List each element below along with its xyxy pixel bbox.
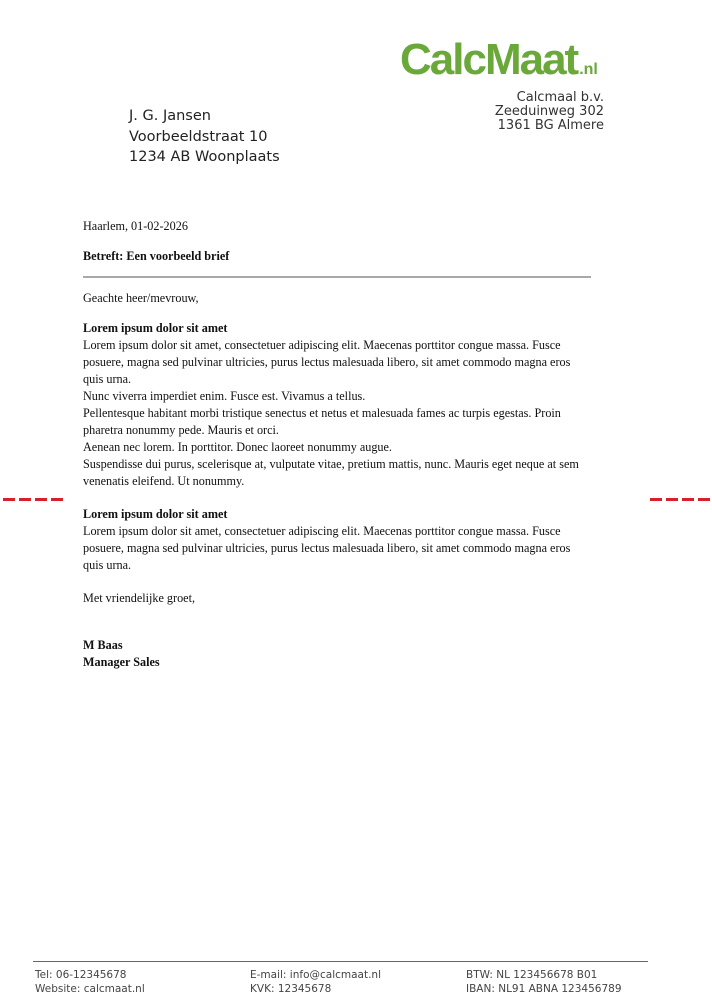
footer-tel: Tel: 06-12345678: [35, 968, 145, 982]
footer-iban: IBAN: NL91 ABNA 123456789: [466, 982, 622, 996]
subject-divider: [83, 276, 591, 278]
section-title: Lorem ipsum dolor sit amet: [83, 506, 593, 523]
recipient-name: J. G. Jansen: [129, 106, 280, 127]
logo-name: CalcMaat: [400, 35, 577, 84]
company-name: Calcmaal b.v.: [495, 91, 604, 105]
company-logo: CalcMaat.nl: [400, 34, 598, 86]
footer-finance: BTW: NL 123456678 B01 IBAN: NL91 ABNA 12…: [466, 968, 622, 996]
company-address: Calcmaal b.v. Zeeduinweg 302 1361 BG Alm…: [495, 91, 604, 133]
date-line: Haarlem, 01-02-2026: [83, 218, 593, 235]
letter-section: Lorem ipsum dolor sit amet Lorem ipsum d…: [83, 320, 593, 490]
footer-registration: E-mail: info@calcmaat.nl KVK: 12345678: [250, 968, 381, 996]
salutation: Geachte heer/mevrouw,: [83, 290, 593, 307]
footer-kvk: KVK: 12345678: [250, 982, 381, 996]
paragraph: Lorem ipsum dolor sit amet, consectetuer…: [83, 523, 593, 574]
logo-tld: .nl: [579, 61, 598, 78]
paragraph: Suspendisse dui purus, scelerisque at, v…: [83, 456, 593, 490]
paragraph: Lorem ipsum dolor sit amet, consectetuer…: [83, 337, 593, 388]
letter-section: Lorem ipsum dolor sit amet Lorem ipsum d…: [83, 506, 593, 574]
footer-divider: [33, 961, 648, 962]
company-city: 1361 BG Almere: [495, 119, 604, 133]
footer-contact: Tel: 06-12345678 Website: calcmaat.nl: [35, 968, 145, 996]
recipient-address: J. G. Jansen Voorbeeldstraat 10 1234 AB …: [129, 106, 280, 168]
footer-btw: BTW: NL 123456678 B01: [466, 968, 622, 982]
fold-marker-right: [650, 498, 712, 501]
company-street: Zeeduinweg 302: [495, 105, 604, 119]
recipient-city: 1234 AB Woonplaats: [129, 147, 280, 168]
signer-title: Manager Sales: [83, 654, 593, 671]
section-title: Lorem ipsum dolor sit amet: [83, 320, 593, 337]
footer-website: Website: calcmaat.nl: [35, 982, 145, 996]
footer-email: E-mail: info@calcmaat.nl: [250, 968, 381, 982]
signer-name: M Baas: [83, 637, 593, 654]
paragraph: Pellentesque habitant morbi tristique se…: [83, 405, 593, 439]
recipient-street: Voorbeeldstraat 10: [129, 127, 280, 148]
letter-body: Haarlem, 01-02-2026 Betreft: Een voorbee…: [83, 218, 593, 671]
subject-line: Betreft: Een voorbeeld brief: [83, 248, 593, 265]
paragraph: Nunc viverra imperdiet enim. Fusce est. …: [83, 388, 593, 405]
paragraph: Aenean nec lorem. In porttitor. Donec la…: [83, 439, 593, 456]
fold-marker-left: [3, 498, 65, 501]
closing: Met vriendelijke groet,: [83, 590, 593, 607]
